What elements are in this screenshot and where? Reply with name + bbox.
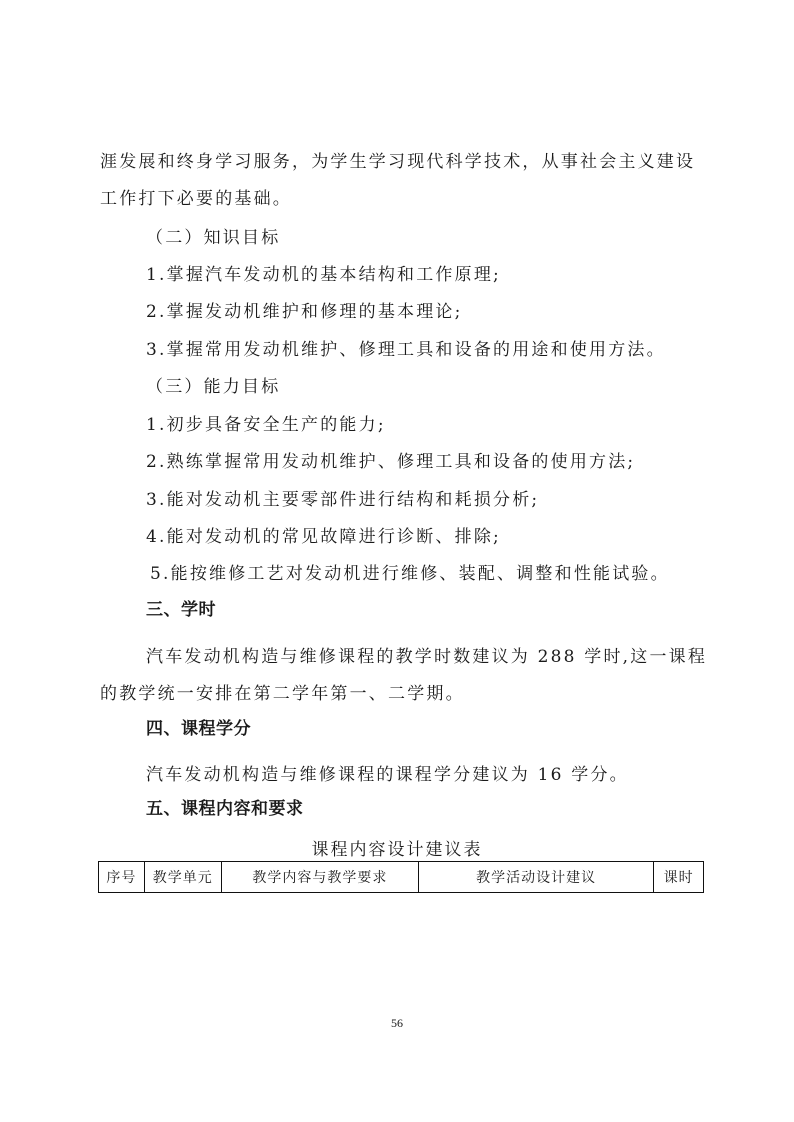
ability-goals-heading: （三）能力目标 xyxy=(146,375,280,399)
section-content-heading: 五、课程内容和要求 xyxy=(146,797,304,821)
paragraph-line: 工作打下必要的基础。 xyxy=(100,187,292,211)
column-header-activity: 教学活动设计建议 xyxy=(418,862,653,893)
hours-text-line: 汽车发动机构造与维修课程的教学时数建议为 288 学时,这一课程 xyxy=(146,645,707,669)
section-hours-heading: 三、学时 xyxy=(146,598,216,622)
table-caption: 课程内容设计建议表 xyxy=(0,835,794,860)
column-header-content: 教学内容与教学要求 xyxy=(221,862,418,893)
knowledge-goal-item: 3.掌握常用发动机维护、修理工具和设备的用途和使用方法。 xyxy=(146,338,666,362)
credits-text: 汽车发动机构造与维修课程的课程学分建议为 16 学分。 xyxy=(146,763,629,787)
page-number: 56 xyxy=(0,1016,794,1031)
column-header-index: 序号 xyxy=(99,862,145,893)
section-credits-heading: 四、课程学分 xyxy=(146,717,251,741)
ability-goal-item: 1.初步具备安全生产的能力; xyxy=(146,413,386,437)
column-header-hours: 课时 xyxy=(654,862,704,893)
knowledge-goal-item: 1.掌握汽车发动机的基本结构和工作原理; xyxy=(146,263,501,287)
ability-goal-item: 4.能对发动机的常见故障进行诊断、排除; xyxy=(146,525,501,549)
table-header-row: 序号 教学单元 教学内容与教学要求 教学活动设计建议 课时 xyxy=(99,862,704,893)
ability-goal-item: 3.能对发动机主要零部件进行结构和耗损分析; xyxy=(146,488,539,512)
hours-text-line: 的教学统一安排在第二学年第一、二学期。 xyxy=(100,682,465,706)
paragraph-line: 涯发展和终身学习服务，为学生学习现代科学技术，从事社会主义建设 xyxy=(100,150,695,174)
knowledge-goals-heading: （二）知识目标 xyxy=(146,226,280,250)
ability-goal-item: 5.能按维修工艺对发动机进行维修、装配、调整和性能试验。 xyxy=(150,562,670,586)
knowledge-goal-item: 2.掌握发动机维护和修理的基本理论; xyxy=(146,300,463,324)
ability-goal-item: 2.熟练掌握常用发动机维护、修理工具和设备的使用方法; xyxy=(146,450,635,474)
course-content-table: 序号 教学单元 教学内容与教学要求 教学活动设计建议 课时 xyxy=(98,861,704,893)
column-header-unit: 教学单元 xyxy=(144,862,221,893)
